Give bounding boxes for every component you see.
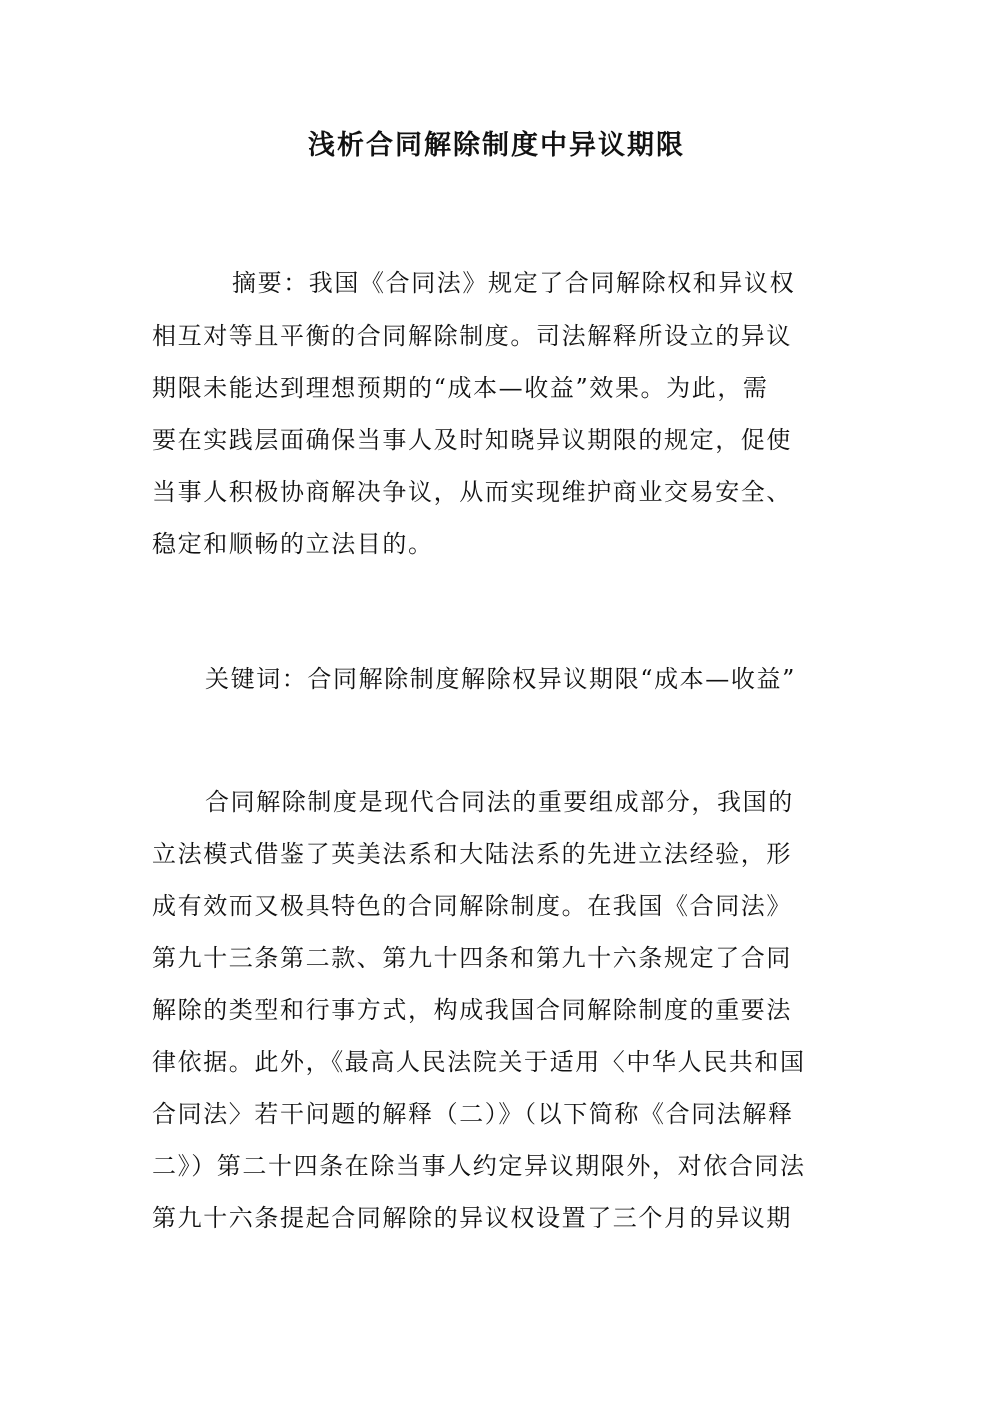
keywords-line: 关键词：合同解除制度解除权异议期限“成本—收益”	[205, 659, 796, 699]
body-line: 立法模式借鉴了英美法系和大陆法系的先进立法经验，形	[152, 834, 792, 874]
body-line: 成有效而又极具特色的合同解除制度。在我国《合同法》	[152, 886, 792, 926]
abstract-line: 要在实践层面确保当事人及时知晓异议期限的规定，促使	[152, 420, 792, 460]
body-line: 第九十三条第二款、第九十四条和第九十六条规定了合同	[152, 938, 792, 978]
body-line: 二》）第二十四条在除当事人约定异议期限外，对依合同法	[152, 1146, 806, 1186]
abstract-line: 摘要：我国《合同法》规定了合同解除权和异议权	[232, 263, 795, 303]
document-title: 浅析合同解除制度中异议期限	[0, 124, 993, 168]
body-line: 合同法〉若干问题的解释（二）》（以下简称《合同法解释	[152, 1094, 794, 1134]
abstract-line: 期限未能达到理想预期的“成本—收益”效果。为此，需	[152, 368, 769, 408]
body-line: 律依据。此外，《最高人民法院关于适用〈中华人民共和国	[152, 1042, 806, 1082]
abstract-line: 当事人积极协商解决争议，从而实现维护商业交易安全、	[152, 472, 792, 512]
abstract-line: 稳定和顺畅的立法目的。	[152, 524, 434, 564]
document-page: 浅析合同解除制度中异议期限 摘要：我国《合同法》规定了合同解除权和异议权 相互对…	[0, 0, 993, 1404]
abstract-line: 相互对等且平衡的合同解除制度。司法解释所设立的异议	[152, 316, 792, 356]
body-line: 第九十六条提起合同解除的异议权设置了三个月的异议期	[152, 1198, 792, 1238]
body-line: 解除的类型和行事方式，构成我国合同解除制度的重要法	[152, 990, 792, 1030]
body-line: 合同解除制度是现代合同法的重要组成部分，我国的	[205, 782, 794, 822]
